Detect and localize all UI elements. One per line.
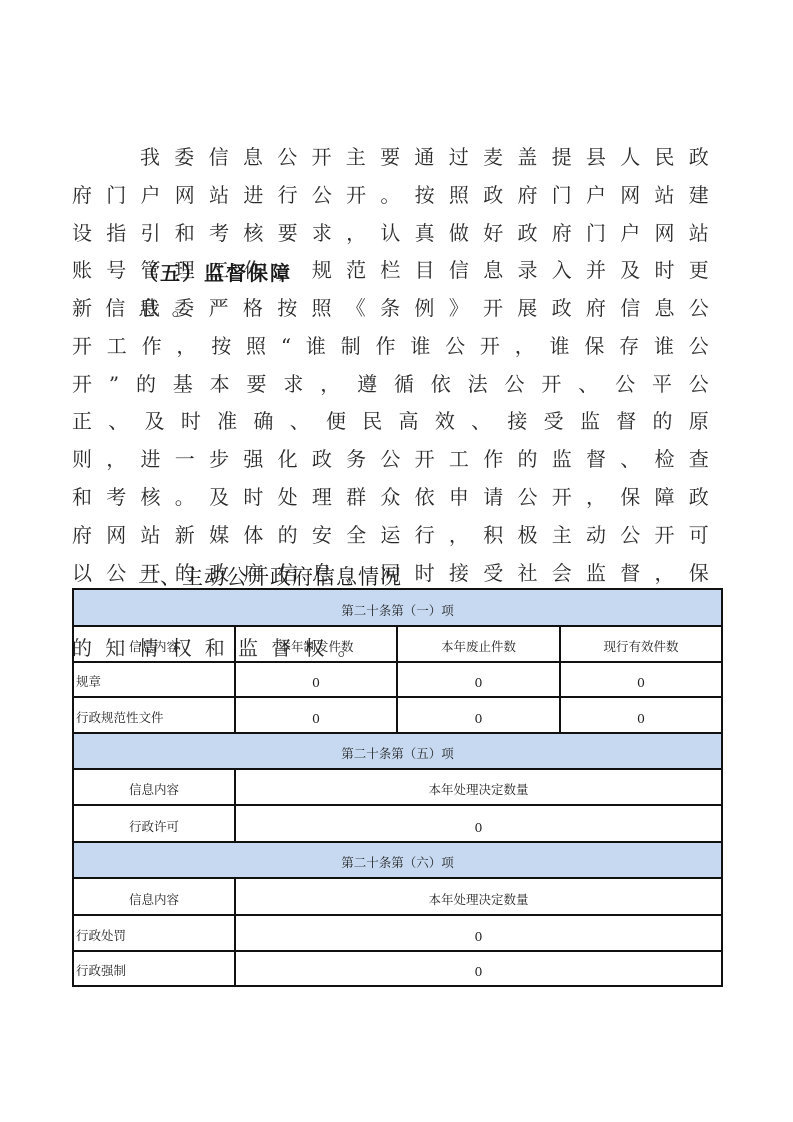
heading-supervision: （五）监督保障 <box>138 257 292 286</box>
cell-value: 0 <box>397 697 560 733</box>
disclosure-table: 第二十条第（一）项 信息内容 本年制发件数 本年废止件数 现行有效件数 规章 0… <box>72 588 723 987</box>
table-header-row: 信息内容 本年处理决定数量 <box>73 769 722 805</box>
column-header: 信息内容 <box>73 769 235 805</box>
table-row: 规章 0 0 0 <box>73 662 722 697</box>
column-header: 本年制发件数 <box>235 626 397 662</box>
row-label: 行政处罚 <box>73 915 235 951</box>
section-band-3: 第二十条第（六）项 <box>73 842 722 878</box>
cell-value: 0 <box>235 915 722 951</box>
cell-value: 0 <box>235 951 722 986</box>
column-header: 信息内容 <box>73 626 235 662</box>
table-header-row: 信息内容 本年制发件数 本年废止件数 现行有效件数 <box>73 626 722 662</box>
section-title: 第二十条第（六）项 <box>73 842 722 878</box>
cell-value: 0 <box>235 662 397 697</box>
row-label: 行政规范性文件 <box>73 697 235 733</box>
row-label: 行政许可 <box>73 805 235 842</box>
section-title: 第二十条第（五）项 <box>73 733 722 769</box>
table-header-row: 信息内容 本年处理决定数量 <box>73 878 722 915</box>
cell-value: 0 <box>397 662 560 697</box>
section-band-1: 第二十条第（一）项 <box>73 589 722 626</box>
table-row: 行政规范性文件 0 0 0 <box>73 697 722 733</box>
column-header: 本年处理决定数量 <box>235 769 722 805</box>
column-header: 现行有效件数 <box>560 626 722 662</box>
row-label: 行政强制 <box>73 951 235 986</box>
cell-value: 0 <box>235 805 722 842</box>
row-label: 规章 <box>73 662 235 697</box>
section-band-2: 第二十条第（五）项 <box>73 733 722 769</box>
section-title-proactive-disclosure: 二、主动公开政府信息情况 <box>138 561 402 591</box>
column-header: 本年处理决定数量 <box>235 878 722 915</box>
cell-value: 0 <box>235 697 397 733</box>
column-header: 本年废止件数 <box>397 626 560 662</box>
table-row: 行政许可 0 <box>73 805 722 842</box>
cell-value: 0 <box>560 697 722 733</box>
column-header: 信息内容 <box>73 878 235 915</box>
section-title: 第二十条第（一）项 <box>73 589 722 626</box>
table-row: 行政强制 0 <box>73 951 722 986</box>
cell-value: 0 <box>560 662 722 697</box>
table-row: 行政处罚 0 <box>73 915 722 951</box>
